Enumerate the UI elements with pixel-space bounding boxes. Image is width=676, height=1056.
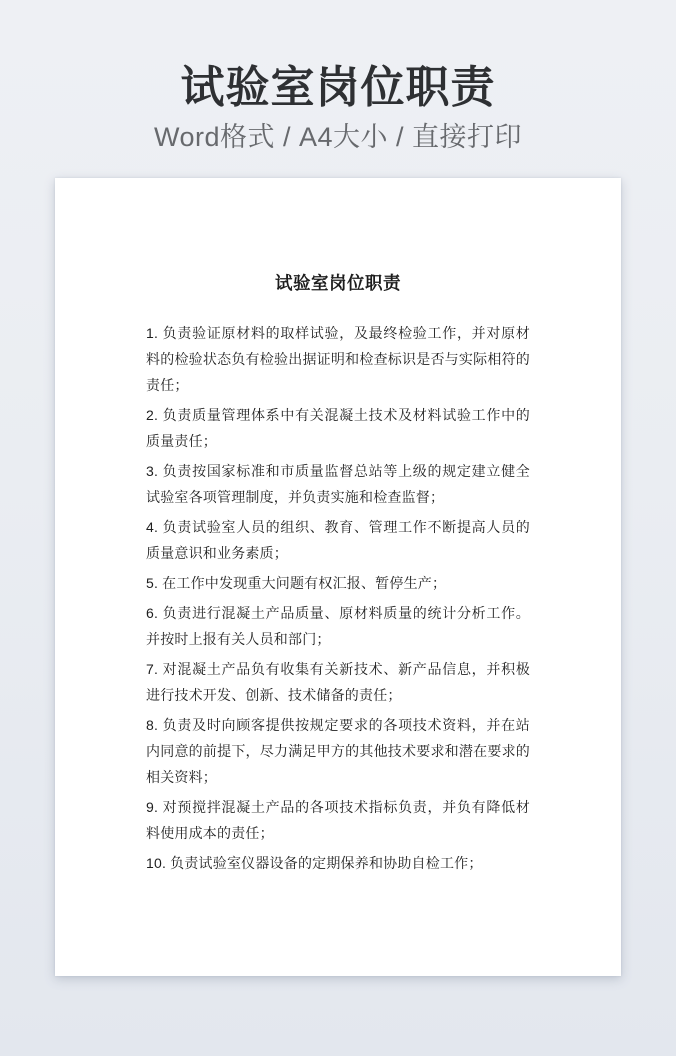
document-content: 试验室岗位职责 1. 负责验证原材料的取样试验，及最终检验工作，并对原材料的检验… <box>146 178 530 880</box>
template-subtitle: Word格式 / A4大小 / 直接打印 <box>0 121 676 153</box>
document-paragraph: 10. 负责试验室仪器设备的定期保养和协助自检工作； <box>146 850 530 876</box>
template-title: 试验室岗位职责 <box>0 64 676 112</box>
a4-document-page: 试验室岗位职责 1. 负责验证原材料的取样试验，及最终检验工作，并对原材料的检验… <box>55 178 621 976</box>
paragraph-list: 1. 负责验证原材料的取样试验，及最终检验工作，并对原材料的检验状态负有检验出据… <box>146 320 530 876</box>
document-paragraph: 5. 在工作中发现重大问题有权汇报、暂停生产； <box>146 570 530 596</box>
document-paragraph: 9. 对预搅拌混凝土产品的各项技术指标负责，并负有降低材料使用成本的责任； <box>146 794 530 846</box>
document-paragraph: 2. 负责质量管理体系中有关混凝土技术及材料试验工作中的质量责任； <box>146 402 530 454</box>
document-title: 试验室岗位职责 <box>146 178 530 294</box>
page-background: { "header": { "title": "试验室岗位职责", "subti… <box>0 0 676 1056</box>
document-paragraph: 4. 负责试验室人员的组织、教育、管理工作不断提高人员的质量意识和业务素质； <box>146 514 530 566</box>
document-paragraph: 6. 负责进行混凝土产品质量、原材料质量的统计分析工作。并按时上报有关人员和部门… <box>146 600 530 652</box>
document-paragraph: 7. 对混凝土产品负有收集有关新技术、新产品信息，并积极进行技术开发、创新、技术… <box>146 656 530 708</box>
document-paragraph: 8. 负责及时向顾客提供按规定要求的各项技术资料，并在站内同意的前提下，尽力满足… <box>146 712 530 790</box>
document-paragraph: 3. 负责按国家标准和市质量监督总站等上级的规定建立健全试验室各项管理制度，并负… <box>146 458 530 510</box>
document-paragraph: 1. 负责验证原材料的取样试验，及最终检验工作，并对原材料的检验状态负有检验出据… <box>146 320 530 398</box>
